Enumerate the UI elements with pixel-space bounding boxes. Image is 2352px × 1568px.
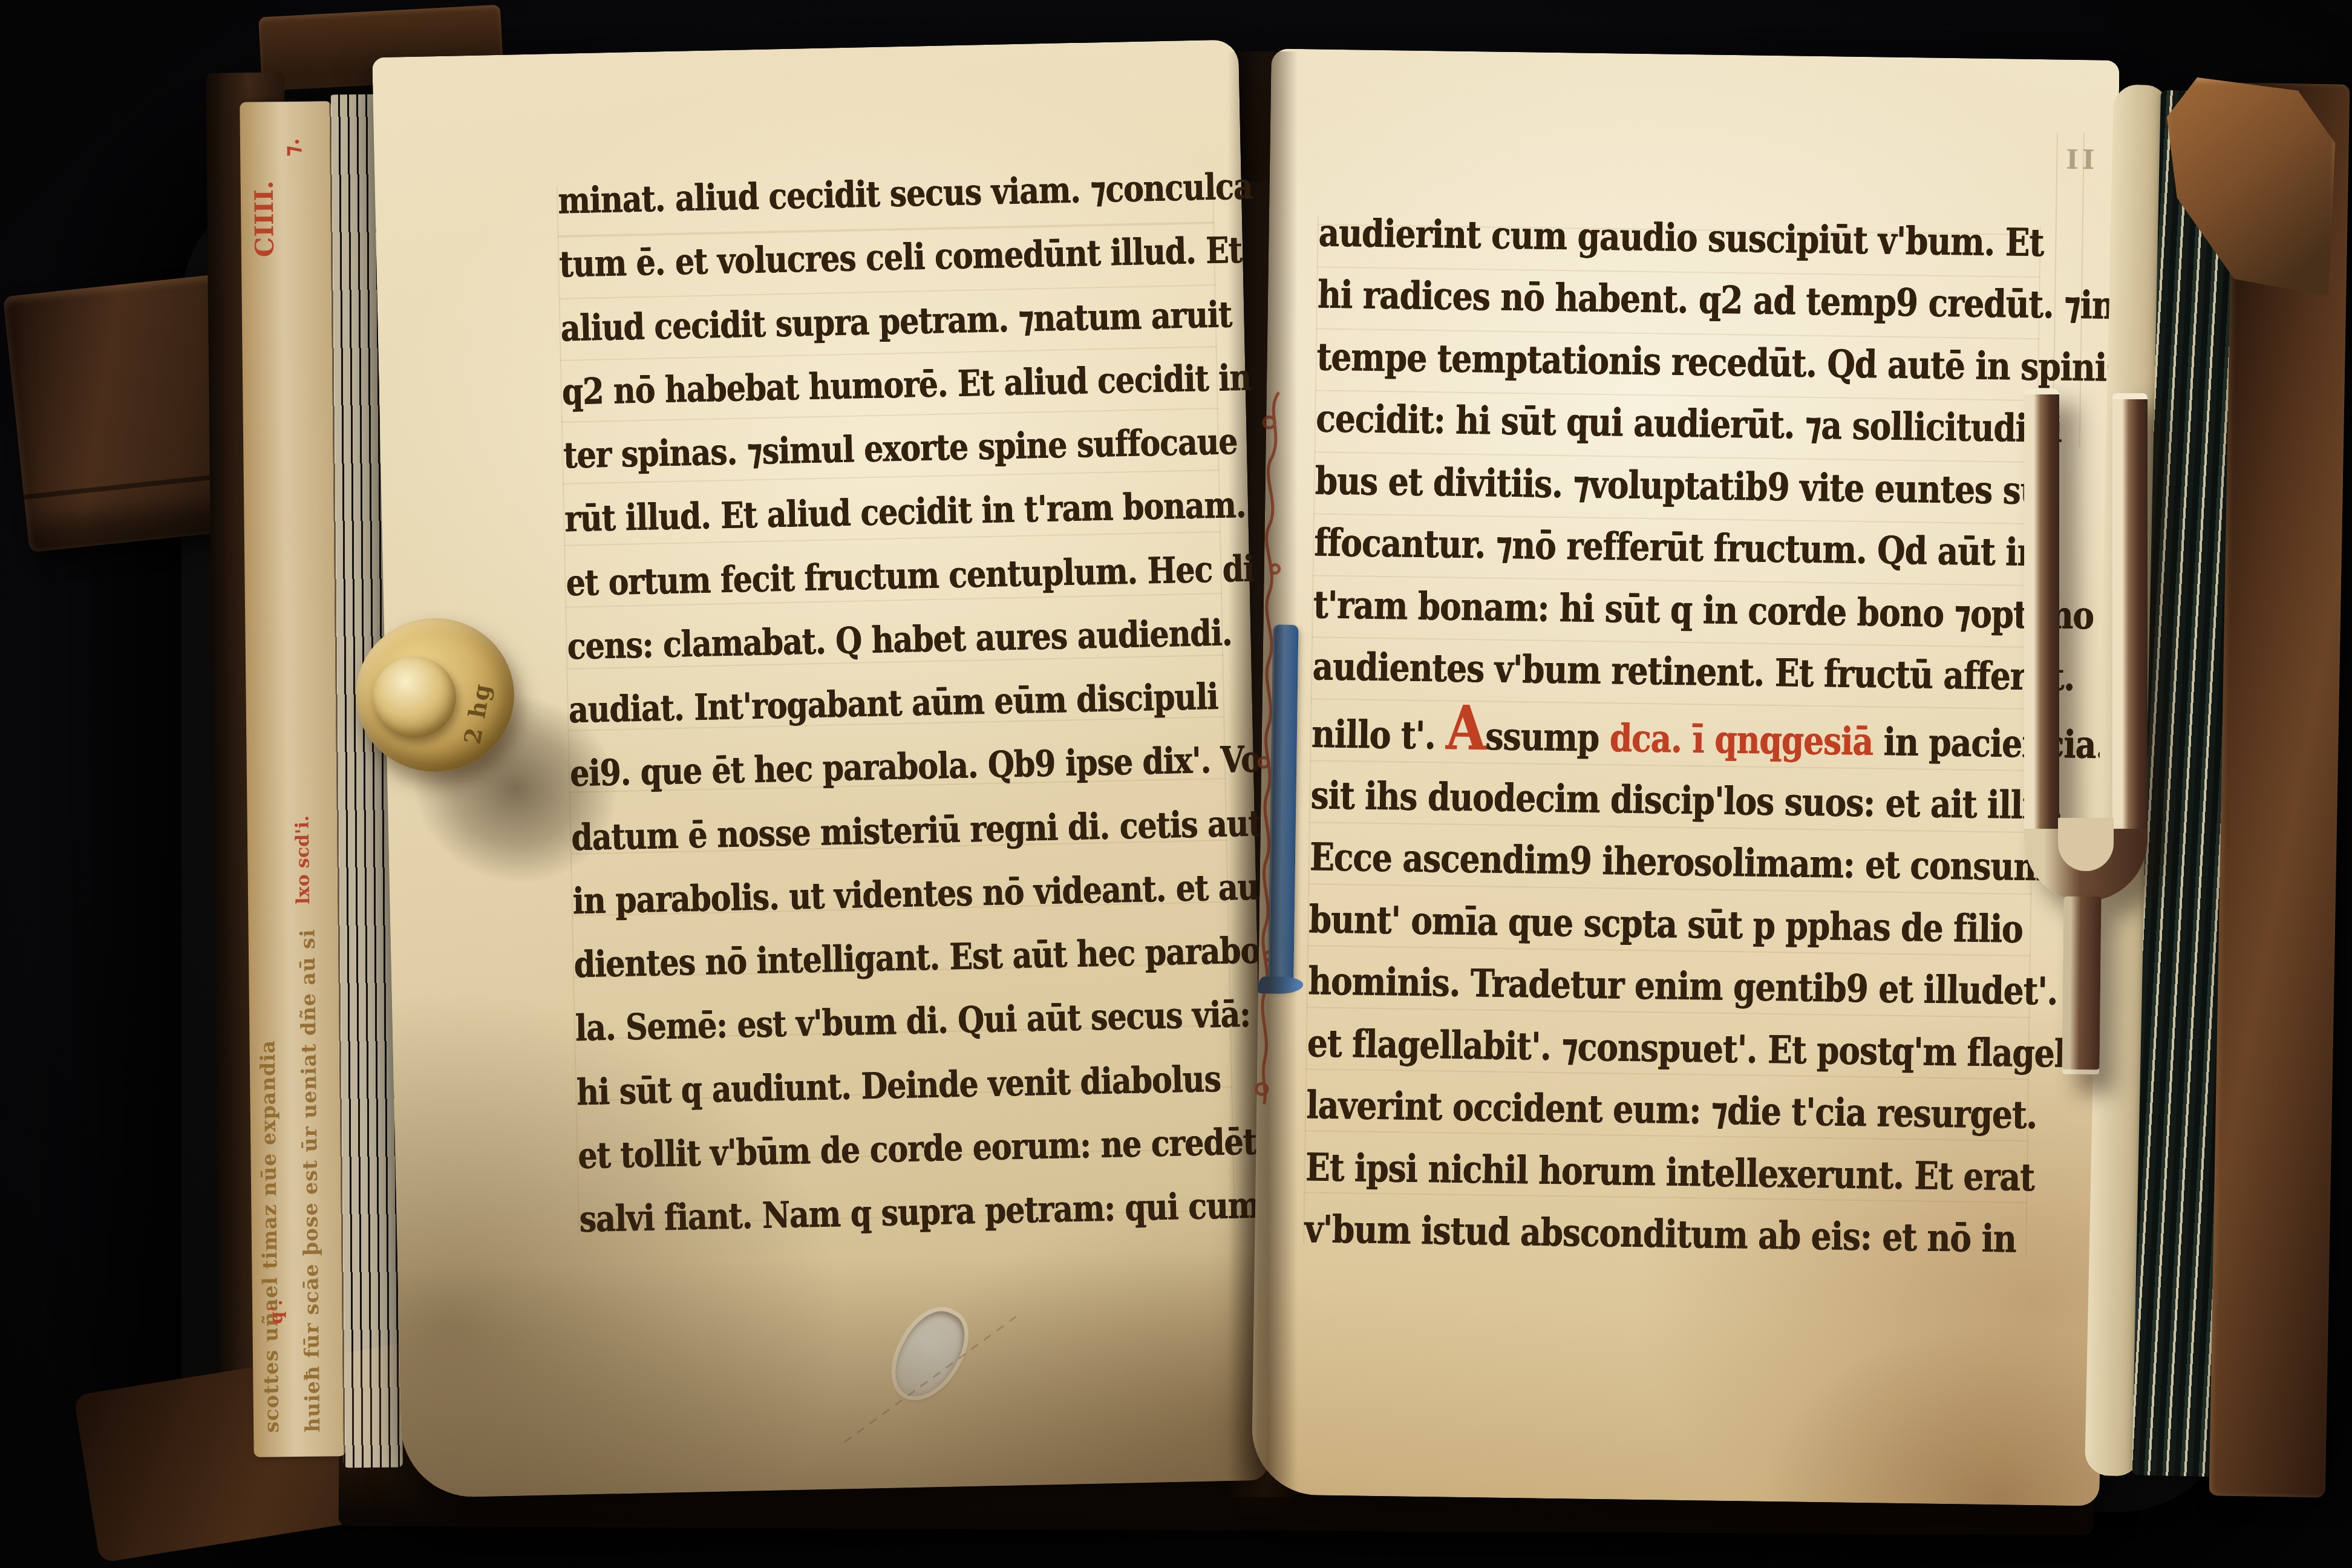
text-line: hi sūt q audiunt. Deinde venit diabolus (576, 1061, 1212, 1110)
text-line: dientes nō intelligant. Est aūt hec para… (573, 934, 1209, 983)
fragment-red-mark-mid: lxo scd'i. (292, 815, 315, 904)
line-text: sit ihs duodecim discip'los suos: et ait… (1310, 773, 2062, 828)
line-text: Et ipsi nichil horum intellexerunt. Et e… (1305, 1144, 2034, 1199)
text-line: tum ē. et volucres celi comedūnt illud. … (559, 234, 1195, 283)
line-text: et tollit v'būm de corde eorum: ne credē… (578, 1120, 1293, 1177)
fragment-red-mark-numeral: CIIII. (249, 180, 279, 257)
text-line: ffocantur. ⁊nō refferūt fructum. Qd aūt … (1314, 523, 2014, 571)
fragment-red-mark-top: ⁊. (279, 138, 304, 157)
line-text: aliud cecidit supra petram. ⁊natum aruit (560, 293, 1232, 350)
line-text: ter spinas. ⁊simul exorte spine suffocau… (563, 420, 1238, 477)
text-line: hi radices nō habent. q2 ad temp9 credūt… (1318, 275, 2017, 323)
line-text: in parabolis. ut videntes nō videant. et… (572, 866, 1259, 922)
line-text: et ortum fecit fructum centuplum. Hec di (566, 547, 1255, 604)
line-text: tum ē. et volucres celi comedūnt illud. … (559, 229, 1243, 286)
left-text-block: minat. aliud cecidit secus viam. ⁊concul… (557, 172, 1235, 1235)
text-line: ei9. que ēt hec parabola. Qb9 ipse dix'.… (569, 743, 1205, 792)
text-line: laverint occident eum: ⁊die t'cia resurg… (1306, 1086, 2006, 1134)
text-line: et ortum fecit fructum centuplum. Hec di (566, 552, 1201, 601)
fragment-text-column-a: scottes uñael timaz nūe expandia (250, 477, 284, 1432)
text-line: bunt' omīa que scpta sūt p pphas de fili… (1308, 900, 2008, 947)
line-text: datum ē nosse misteriū regni di. cetis a… (571, 802, 1281, 858)
text-line: cens: clamabat. Q habet aures audiendi. (567, 616, 1203, 665)
line-text: bunt' omīa que scpta sūt p pphas de fili… (1308, 897, 2023, 952)
text-line: audientes v'bum retinent. Et fructū affe… (1312, 647, 2012, 695)
text-line: nillo t'. Assump dca. ī qnqgesiā in paci… (1312, 708, 2011, 762)
text-line: q2 nō habebat humorē. Et aliud cecidit i… (561, 361, 1197, 410)
line-text: q2 nō habebat humorē. Et aliud cecidit i… (561, 356, 1252, 413)
line-text: in paciencia. (1883, 719, 2106, 766)
text-line: salvi fiant. Nam q supra petram: qui cum (579, 1189, 1215, 1238)
text-line: et tollit v'būm de corde eorum: ne credē… (578, 1125, 1214, 1174)
line-text: hi radices nō habent. q2 ad temp9 credūt… (1318, 272, 2115, 327)
text-line: in parabolis. ut videntes nō videant. et… (572, 871, 1208, 920)
text-line: et flagellabit'. ⁊conspuet'. Et postq'm … (1307, 1024, 2007, 1071)
line-text: cecidit: hi sūt qui audierūt. ⁊a sollici… (1316, 396, 2062, 451)
brass-weight-engraving: 2 hg (459, 664, 550, 756)
line-text: v'bum istud absconditum ab eis: et nō in (1304, 1206, 2016, 1261)
line-text: nillo t'. (1311, 711, 1446, 757)
line-text: audientes v'bum retinent. Et fructū affe… (1312, 644, 2075, 699)
line-text: bus et divitiis. ⁊voluptatib9 vite eunte… (1315, 458, 2043, 513)
text-line: v'bum istud absconditum ab eis: et nō in (1304, 1209, 2004, 1257)
brass-weight-knob (373, 657, 456, 738)
line-text: tempe temptationis recedūt. Qd autē in s… (1316, 334, 2124, 390)
text-line: ter spinas. ⁊simul exorte spine suffocau… (563, 425, 1198, 474)
text-line: aliud cecidit supra petram. ⁊natum aruit (560, 298, 1196, 347)
parchment-hole (884, 1301, 975, 1408)
text-line: rūt illud. Et aliud cecidit in t'ram bon… (564, 488, 1200, 537)
text-line: la. Semē: est v'bum di. Qui aūt secus vi… (575, 998, 1210, 1047)
gutter-fragment-strip: scottes uñael timaz nūe expandia huieħ f… (240, 101, 345, 1457)
text-line: audiat. Int'rogabant aūm eūm discipuli (568, 679, 1204, 728)
line-text: rūt illud. Et aliud cecidit in t'ram bon… (564, 484, 1246, 540)
text-line: cecidit: hi sūt qui audierūt. ⁊a sollici… (1316, 399, 2016, 447)
line-text: et flagellabit'. ⁊conspuet'. Et postq'm … (1307, 1020, 2066, 1076)
line-text: la. Semē: est v'bum di. Qui aūt secus vi… (575, 993, 1250, 1050)
fragment-text-column-b: huieħ fūr scāe þose est ūr ueniat dñe aū… (292, 525, 325, 1432)
rubric-text: A (1445, 691, 1486, 763)
text-line: minat. aliud cecidit secus viam. ⁊concul… (558, 170, 1194, 219)
text-line: audierint cum gaudio suscipiūt v'bum. Et (1318, 214, 2018, 261)
line-text: laverint occident eum: ⁊die t'cia resurg… (1306, 1082, 2037, 1137)
right-page: I audierint cum gaudio suscipiūt v'bum. … (1251, 48, 2119, 1506)
line-text: audiat. Int'rogabant aūm eūm discipuli (568, 676, 1218, 731)
gutter-shadow (1228, 51, 1298, 1497)
rubric-text: dca. ī qnqgesiā (1609, 715, 1884, 763)
line-text: ei9. que ēt hec parabola. Qb9 ipse dix'.… (569, 738, 1290, 795)
text-line: tempe temptationis recedūt. Qd autē in s… (1316, 337, 2016, 385)
text-line: datum ē nosse misteriū regni di. cetis a… (571, 807, 1207, 856)
tuning-fork-inner-notch (2058, 818, 2114, 871)
right-cover-leather (2209, 83, 2350, 1498)
line-text: hi sūt q audiunt. Deinde venit diabolus (576, 1057, 1221, 1113)
text-line: Ecce ascendim9 iherosolimam: et consumma (1310, 838, 2010, 886)
line-text: cens: clamabat. Q habet aures audiendi. (567, 612, 1232, 668)
text-line: hominis. Tradetur enim gentib9 et illude… (1308, 962, 2008, 1010)
folio-number: II (2066, 145, 2099, 176)
fragment-red-mark-low: q'. (266, 1299, 287, 1324)
line-text: ffocantur. ⁊nō refferūt fructum. Qd aūt … (1314, 520, 2040, 575)
text-line: Et ipsi nichil horum intellexerunt. Et e… (1305, 1148, 2005, 1195)
photo-scene: scottes uñael timaz nūe expandia huieħ f… (0, 0, 2352, 1568)
text-line: t'ram bonam: hi sūt q in corde bono ⁊opt… (1313, 585, 2013, 633)
line-text: t'ram bonam: hi sūt q in corde bono ⁊opt… (1313, 581, 2094, 637)
tuning-fork-left-prong (2024, 388, 2059, 838)
line-text: Ecce ascendim9 iherosolimam: et consumma (1310, 834, 2102, 890)
line-text: minat. aliud cecidit secus viam. ⁊concul… (558, 165, 1253, 222)
line-text: ssump (1485, 713, 1610, 760)
line-text: dientes nō intelligant. Est aūt hec para… (573, 930, 1261, 986)
text-line: bus et divitiis. ⁊voluptatib9 vite eunte… (1315, 461, 2014, 509)
parchment-repair-seam (844, 1313, 1021, 1443)
text-line: sit ihs duodecim discip'los suos: et ait… (1310, 776, 2010, 823)
line-text: audierint cum gaudio suscipiūt v'bum. Et (1318, 210, 2044, 265)
line-text: hominis. Tradetur enim gentib9 et illude… (1308, 958, 2058, 1013)
tuning-fork-stem (2062, 897, 2101, 1075)
line-text: salvi fiant. Nam q supra petram: qui cum (579, 1184, 1260, 1241)
right-text-block: audierint cum gaudio suscipiūt v'bum. Et… (1303, 215, 2041, 1255)
tuning-fork-right-prong (2112, 393, 2148, 838)
